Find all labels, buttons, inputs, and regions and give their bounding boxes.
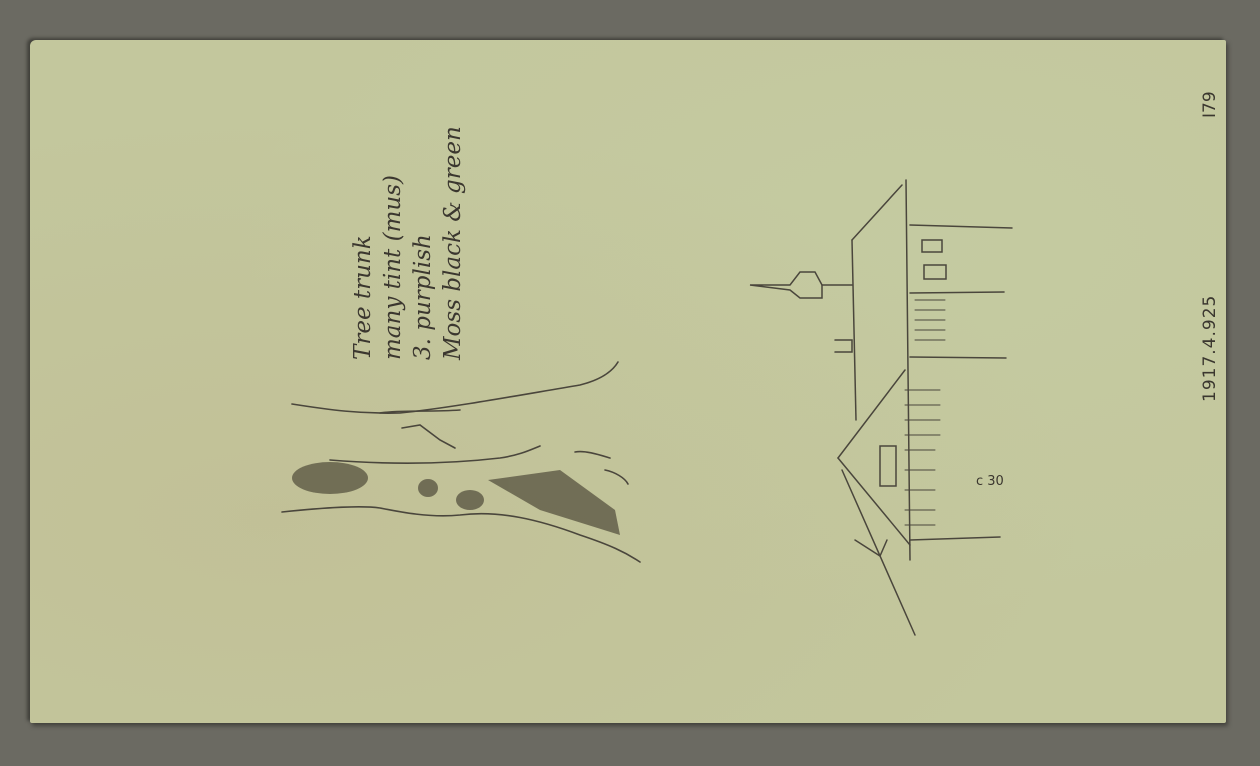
note-line-2: many tint (mus) [378, 126, 408, 360]
catalog-number: I79 [1200, 91, 1220, 118]
note-line-4: Moss black & green [438, 126, 468, 360]
note-line-3: 3. purplish [408, 126, 438, 360]
handwritten-notes: Tree trunk many tint (mus) 3. purplish M… [348, 126, 468, 360]
small-label: c 30 [976, 474, 1004, 489]
pencil-sketch [0, 0, 1260, 766]
note-line-1: Tree trunk [348, 126, 378, 360]
date-label: 1917.4.925 [1200, 295, 1220, 402]
